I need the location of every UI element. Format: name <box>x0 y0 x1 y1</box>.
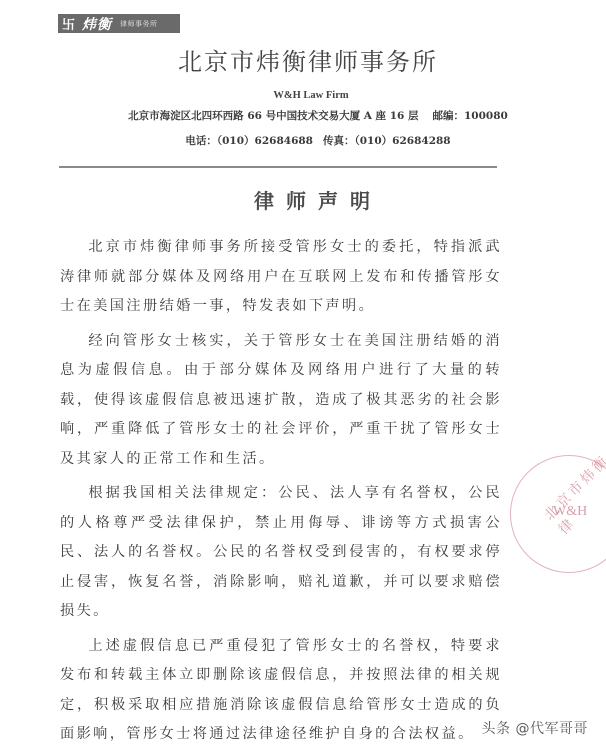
phone-label: 电话： <box>185 135 217 147</box>
stamp-text-en: W&H <box>553 504 587 520</box>
logo-subtitle: 律师事务所 <box>120 19 158 29</box>
logo-mark-icon: 卐 <box>62 14 76 33</box>
paragraph: 根据我国相关法律规定：公民、法人享有名誉权，公民的人格尊严受法律保护，禁止用侮辱… <box>60 479 502 627</box>
address: 北京市海淀区北四环西路 66 号中国技术交易大厦 A 座 16 层 <box>128 110 418 122</box>
official-seal-stamp: 北京市炜衡律 W&H <box>510 455 606 573</box>
logo-brand: 炜衡 <box>82 14 112 34</box>
paragraph: 上述虚假信息已严重侵犯了管彤女士的名誉权，特要求发布和转载主体立即删除该虚假信息… <box>60 632 502 750</box>
firm-name-en: W&H Law Firm <box>0 90 606 101</box>
phone-number: （010）62684688 <box>217 135 313 147</box>
firm-name-cn: 北京市炜衡律师事务所 <box>0 42 606 77</box>
paragraph: 经向管彤女士核实，关于管彤女士在美国注册结婚的消息为虚假信息。由于部分媒体及网络… <box>60 327 502 475</box>
postcode-label: 邮编： <box>432 110 464 122</box>
fax-number: （010）62684288 <box>355 135 451 147</box>
source-watermark: 头条 @代军哥哥 <box>482 718 588 738</box>
paragraph: 北京市炜衡律师事务所接受管彤女士的委托，特指派武涛律师就部分媒体及网络用户在互联… <box>60 233 502 322</box>
document-title: 律师声明 <box>0 185 606 214</box>
fax-label: 传真： <box>323 135 355 147</box>
contact-line: 电话：（010）62684688传真：（010）62684288 <box>0 133 606 148</box>
letterhead-divider <box>59 166 497 168</box>
postcode: 100080 <box>464 110 508 122</box>
firm-logo: 卐 炜衡 律师事务所 <box>58 14 180 33</box>
firm-address-line: 北京市海淀区北四环西路 66 号中国技术交易大厦 A 座 16 层邮编：1000… <box>0 108 606 123</box>
stamp-text: 北京市炜衡律 <box>539 449 606 538</box>
document-body: 北京市炜衡律师事务所接受管彤女士的委托，特指派武涛律师就部分媒体及网络用户在互联… <box>60 233 502 750</box>
